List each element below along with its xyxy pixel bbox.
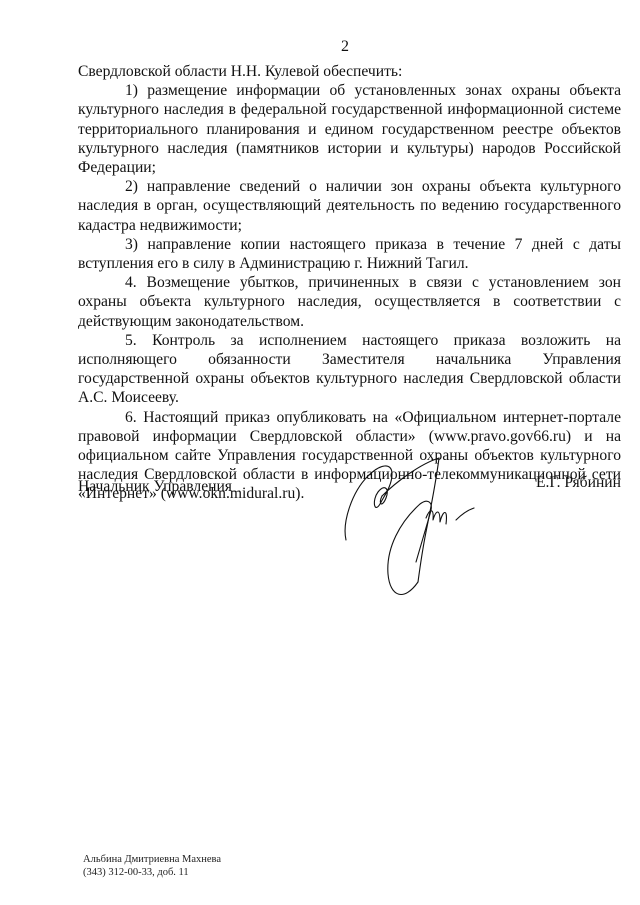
paragraph-item-3: 3) направление копии настоящего приказа …: [78, 235, 621, 273]
paragraph-item-2: 2) направление сведений о наличии зон ох…: [78, 177, 621, 235]
paragraph-item-1: 1) размещение информации об установленны…: [78, 81, 621, 177]
signer-position: Начальник Управления: [78, 478, 232, 496]
paragraph-continuation: Свердловской области Н.Н. Кулевой обеспе…: [78, 62, 621, 81]
executor-phone: (343) 312-00-33, доб. 11: [83, 866, 221, 879]
signer-name: Е.Г. Рябинин: [536, 474, 621, 492]
paragraph-clause-4: 4. Возмещение убытков, причиненных в свя…: [78, 273, 621, 331]
executor-name: Альбина Дмитриевна Махнева: [83, 853, 221, 866]
handwritten-signature-icon: [338, 452, 480, 610]
page-number: 2: [0, 38, 640, 56]
paragraph-clause-5: 5. Контроль за исполнением настоящего пр…: [78, 331, 621, 408]
executor-contact: Альбина Дмитриевна Махнева (343) 312-00-…: [83, 853, 221, 879]
document-body: Свердловской области Н.Н. Кулевой обеспе…: [78, 62, 621, 504]
